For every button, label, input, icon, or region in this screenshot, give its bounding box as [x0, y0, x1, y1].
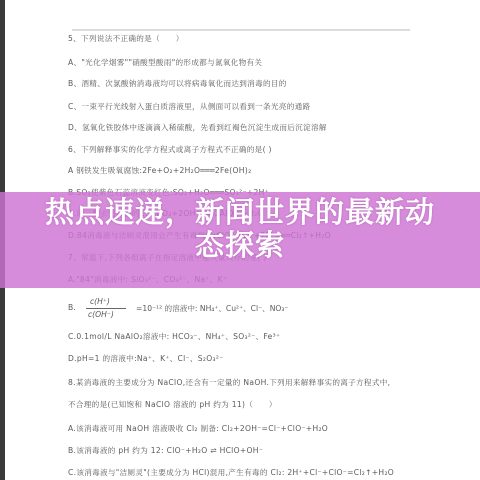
fraction-denominator: c(OH⁻): [88, 310, 114, 319]
question-6-title: 6、下列解释事实的化学方程式或离子方程式不正确的是( ): [68, 144, 272, 155]
fraction-bar: [86, 308, 126, 309]
question-7-option-d: D.pH=1 的溶液中:Na⁺、K⁺、Cl⁻、S₂O₃²⁻: [68, 353, 224, 364]
top-rule: [72, 29, 410, 31]
question-5-title: 5、下列说法不正确的是（ ）: [68, 33, 184, 44]
headline-line-2: 态探索: [20, 229, 460, 262]
headline-title: 热点速递，新闻世界的最新动 态探索: [20, 196, 460, 262]
fraction-numerator: c(H⁺): [90, 297, 110, 306]
question-8-title: 8.某消毒液的主要成分为 NaClO,还含有一定量的 NaOH.下列用来解释事实…: [68, 377, 390, 388]
question-5-option-c: C、一束平行光线射入蛋白质溶液里，从侧面可以看到一条光亮的通路: [68, 101, 310, 112]
option-label: B.: [68, 303, 76, 312]
headline-line-1: 热点速递，新闻世界的最新动: [20, 196, 460, 229]
question-5-option-a: A、"光化学烟雾""硝酸型酸雨"的形成都与氮氧化物有关: [68, 57, 262, 68]
question-5-option-d: D、氢氧化铁胶体中逐滴滴入稀硫酸，先看到红褐色沉淀生成而后沉淀溶解: [68, 122, 327, 133]
option-text: =10⁻¹² 的溶液中: NH₄⁺、Cu²⁺、Cl⁻、NO₃⁻: [136, 303, 288, 314]
question-7-option-c: C.0.1mol/L NaAlO₂溶液中: HCO₃⁻、NH₄⁺、SO₃²⁻、F…: [68, 331, 280, 342]
question-8-option-a: A.该消毒液可用 NaOH 溶液吸收 Cl₂ 制备: Cl₂+2OH⁻=Cl⁻+…: [68, 423, 328, 434]
question-6-option-a: A 钢铁发生吸氧腐蚀:2Fe+O₂+2H₂O═══2Fe(OH)₂: [68, 165, 251, 176]
question-8-subtitle: 不合理的是(已知饱和 NaClO 溶液的 pH 约为 11)（ ）: [68, 399, 277, 410]
question-5-option-b: B、酒精、次氯酸钠消毒液均可以将病毒氧化而达到消毒的目的: [68, 78, 287, 89]
question-8-option-b: B.该消毒液的 pH 约为 12: ClO⁻+H₂O ⇌ HClO+OH⁻: [68, 445, 263, 456]
question-8-option-c: C.该消毒液与"洁厕灵"(主要成分为 HCl)混用,产生有毒的 Cl₂: 2H⁺…: [68, 467, 394, 478]
